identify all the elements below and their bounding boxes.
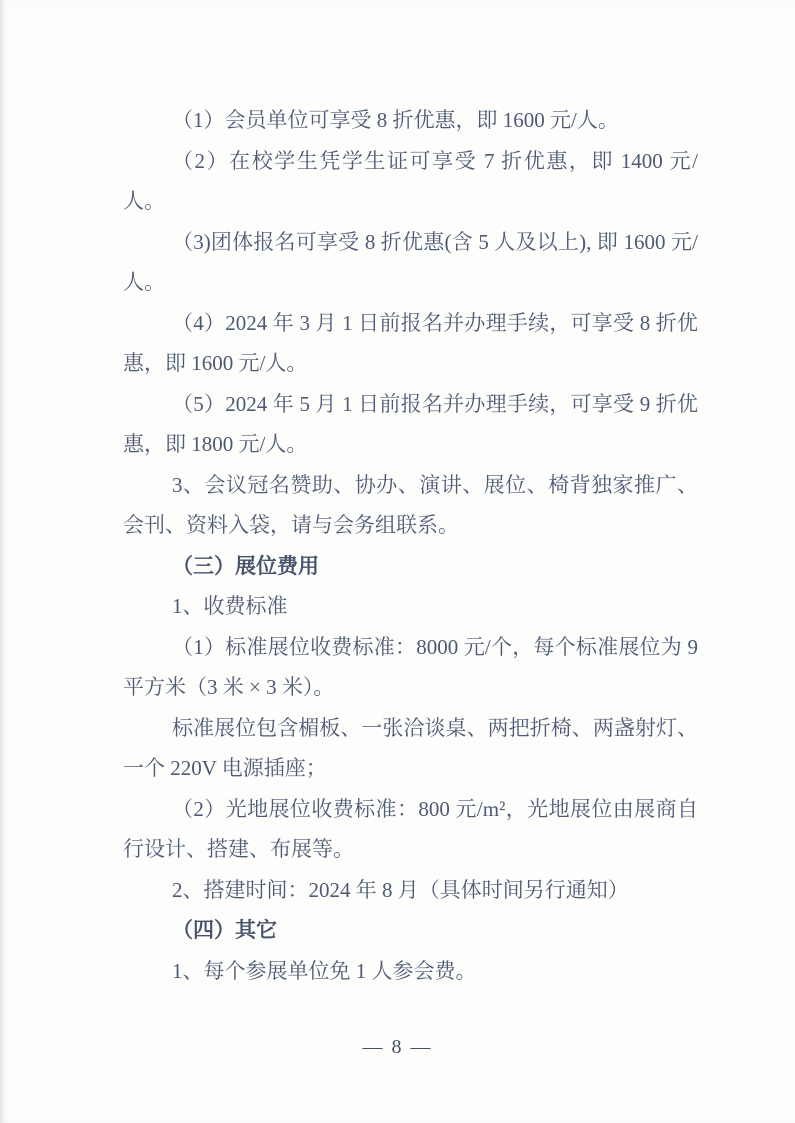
heading-other: （四）其它 — [123, 910, 698, 951]
para-standard-booth-includes: 标准展位包含楣板、一张洽谈桌、两把折椅、两盏射灯、一个 220V 电源插座； — [123, 708, 698, 789]
para-free-attendee: 1、每个参展单位免 1 人参会费。 — [123, 951, 698, 992]
para-raw-space-fee: （2）光地展位收费标准：800 元/m²，光地展位由展商自行设计、搭建、布展等。 — [123, 789, 698, 870]
para-setup-time: 2、搭建时间：2024 年 8 月（具体时间另行通知） — [123, 870, 698, 911]
para-sponsorship-contact: 3、会议冠名赞助、协办、演讲、展位、椅背独家推广、会刊、资料入袋，请与会务组联系… — [123, 465, 698, 546]
para-discount-student: （2）在校学生凭学生证可享受 7 折优惠，即 1400 元/人。 — [123, 141, 698, 222]
document-body: （1）会员单位可享受 8 折优惠，即 1600 元/人。 （2）在校学生凭学生证… — [123, 100, 698, 991]
para-discount-group: （3)团体报名可享受 8 折优惠(含 5 人及以上), 即 1600 元/人。 — [123, 222, 698, 303]
para-discount-early-may: （5）2024 年 5 月 1 日前报名并办理手续，可享受 9 折优惠，即 18… — [123, 384, 698, 465]
page-footer: — 8 — — [0, 1032, 795, 1062]
para-fee-standard-title: 1、收费标准 — [123, 586, 698, 627]
para-discount-early-march: （4）2024 年 3 月 1 日前报名并办理手续，可享受 8 折优惠，即 16… — [123, 303, 698, 384]
page-number: — 8 — — [363, 1036, 433, 1058]
document-page: （1）会员单位可享受 8 折优惠，即 1600 元/人。 （2）在校学生凭学生证… — [0, 0, 795, 1123]
para-standard-booth-fee: （1）标准展位收费标准：8000 元/个，每个标准展位为 9 平方米（3 米 ×… — [123, 627, 698, 708]
para-discount-member: （1）会员单位可享受 8 折优惠，即 1600 元/人。 — [123, 100, 698, 141]
heading-booth-fees: （三）展位费用 — [123, 546, 698, 587]
